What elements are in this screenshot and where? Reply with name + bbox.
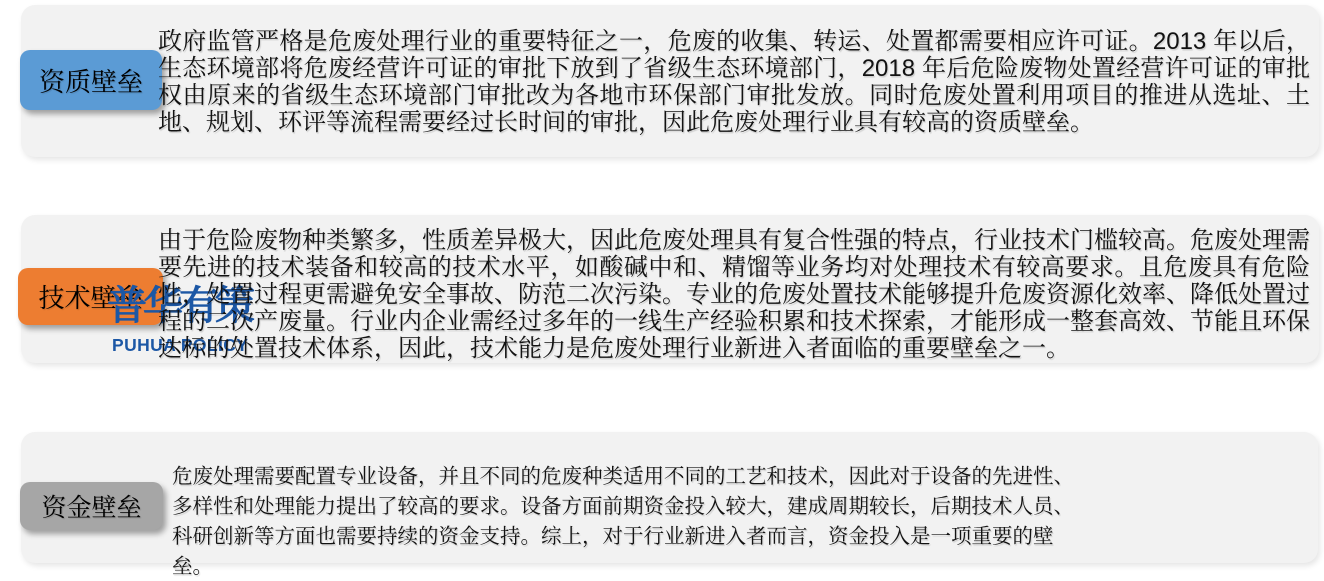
report-figure-entry-barriers: 资质壁垒 政府监管严格是危废处理行业的重要特征之一，危废的收集、转运、处置都需要…	[0, 0, 1324, 581]
section-label-capital-text: 资金壁垒	[41, 488, 141, 524]
section-label-capital: 资金壁垒	[20, 482, 163, 530]
section-label-qualification-text: 资质壁垒	[39, 62, 143, 99]
section-text-capital: 危废处理需要配置专业设备，并且不同的危废种类适用不同的工艺和技术，因此对于设备的…	[172, 462, 1082, 581]
section-text-technology: 由于危险废物种类繁多，性质差异极大，因此危废处理具有复合性强的特点，行业技术门槛…	[158, 227, 1310, 362]
section-label-qualification: 资质壁垒	[20, 50, 162, 110]
section-text-qualification: 政府监管严格是危废处理行业的重要特征之一，危废的收集、转运、处置都需要相应许可证…	[158, 28, 1310, 136]
